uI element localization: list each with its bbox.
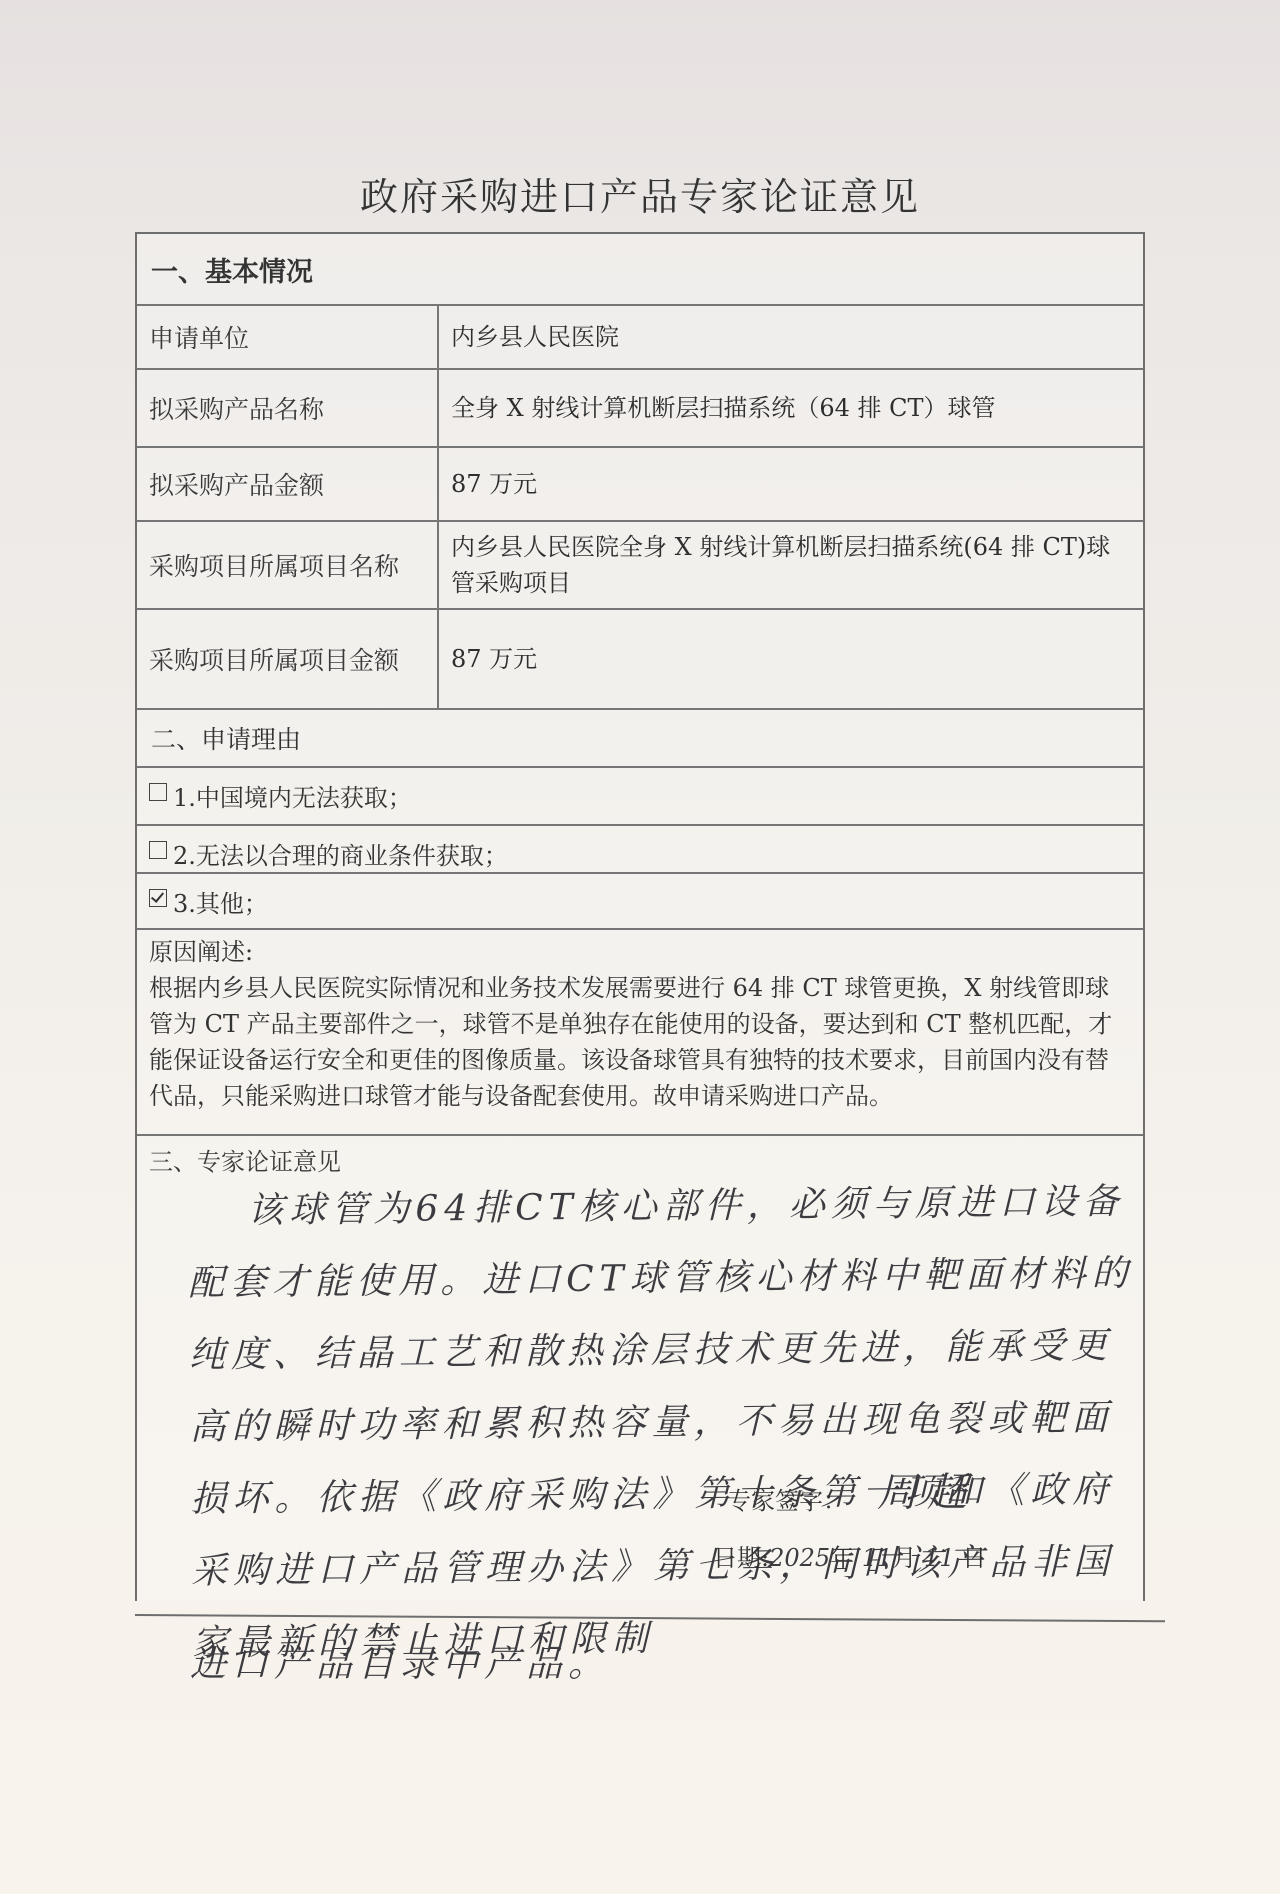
date-day-suffix: 日 [962, 1544, 986, 1572]
field-label: 拟采购产品金额 [137, 448, 439, 520]
checkbox-unavailable-domestic[interactable] [149, 783, 167, 801]
section-basic-info-header: 一、基本情况 [137, 234, 1143, 306]
field-value: 内乡县人民医院全身 X 射线计算机断层扫描系统(64 排 CT)球管采购项目 [439, 522, 1143, 608]
option-label: 1.中国境内无法获取； [173, 778, 412, 813]
table-row-product-amount: 拟采购产品金额 87 万元 [137, 448, 1143, 522]
field-value: 87 万元 [439, 448, 1143, 520]
section-reasons-header: 二、申请理由 [137, 710, 1143, 768]
date-label: 日期: [713, 1544, 769, 1572]
table-row-applicant: 申请单位 内乡县人民医院 [137, 306, 1143, 370]
field-label: 采购项目所属项目金额 [137, 610, 439, 708]
option-row-unreasonable-terms: 2.无法以合理的商业条件获取； [137, 826, 1143, 874]
expert-opinion-form: 一、基本情况 申请单位 内乡县人民医院 拟采购产品名称 全身 X 射线计算机断层… [135, 232, 1145, 1601]
field-value: 内乡县人民医院 [439, 306, 1143, 368]
field-value: 全身 X 射线计算机断层扫描系统（64 排 CT）球管 [439, 370, 1143, 446]
option-label: 2.无法以合理的商业条件获取； [173, 836, 508, 871]
field-label: 采购项目所属项目名称 [137, 522, 439, 608]
option-row-other: 3.其他； [137, 874, 1143, 930]
checkbox-other-checked[interactable] [149, 889, 167, 907]
reason-text: 根据内乡县人民医院实际情况和业务技术发展需要进行 64 排 CT 球管更换，X … [149, 974, 1112, 1110]
table-row-project-name: 采购项目所属项目名称 内乡县人民医院全身 X 射线计算机断层扫描系统(64 排 … [137, 522, 1143, 610]
expert-signature: 周超 [877, 1461, 977, 1518]
handwritten-opinion: 该球管为64排CT核心部件，必须与原进口设备配套才能使用。进口CT球管核心材料中… [187, 1166, 1142, 1680]
field-value: 87 万元 [439, 610, 1143, 708]
section-heading: 三、专家论证意见 [149, 1142, 341, 1177]
field-label: 申请单位 [137, 306, 439, 368]
reason-explanation-row: 原因阐述: 根据内乡县人民医院实际情况和业务技术发展需要进行 64 排 CT 球… [137, 930, 1143, 1136]
date-month-suffix: 月 [892, 1544, 916, 1572]
signature-label: 专家签字： [727, 1481, 847, 1516]
option-label: 3.其他； [173, 884, 268, 919]
handwritten-overflow: 进口产品目录中产品。 [190, 1636, 610, 1687]
field-label: 拟采购产品名称 [137, 370, 439, 446]
checkbox-unreasonable-terms[interactable] [149, 841, 167, 859]
date-month: 11 [862, 1544, 893, 1572]
document-title: 政府采购进口产品专家论证意见 [0, 166, 1280, 221]
expert-opinion-section: 三、专家论证意见 该球管为64排CT核心部件，必须与原进口设备配套才能使用。进口… [137, 1136, 1143, 1601]
section-heading: 一、基本情况 [137, 234, 327, 304]
date-day: 11 [924, 1544, 955, 1572]
section-heading: 二、申请理由 [137, 710, 315, 766]
date-year: 2025 [769, 1544, 830, 1572]
reason-label: 原因阐述: [149, 934, 1131, 970]
date-year-suffix: 年 [830, 1544, 854, 1572]
option-row-unavailable-domestic: 1.中国境内无法获取； [137, 768, 1143, 826]
table-row-product-name: 拟采购产品名称 全身 X 射线计算机断层扫描系统（64 排 CT）球管 [137, 370, 1143, 448]
table-row-project-amount: 采购项目所属项目金额 87 万元 [137, 610, 1143, 710]
date-line: 日期:2025年 11月 11 日 [713, 1538, 986, 1573]
